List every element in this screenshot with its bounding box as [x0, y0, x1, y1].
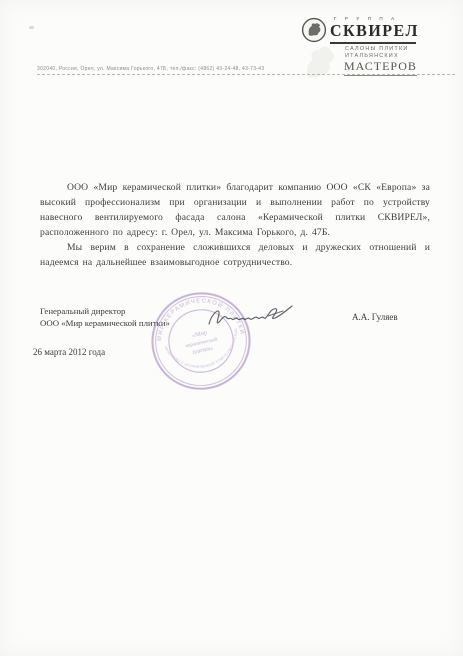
document-date: 26 марта 2012 года — [33, 347, 105, 357]
squirrel-emblem-icon — [301, 17, 327, 43]
letter-body: ООО «Мир керамической плитки» благодарит… — [40, 180, 430, 270]
company-address-line: 302040, Россия, Орел, ул. Максима Горько… — [37, 66, 297, 72]
scan-speck — [29, 26, 34, 29]
logo-group-label: ГРУППА — [334, 16, 403, 21]
scanned-letter-page: ГРУППА СКВИРЕЛ САЛОНЫ ПЛИТКИ ИТАЛЬЯНСКИХ… — [0, 0, 463, 656]
logo-brand-name: СКВИРЕЛ — [330, 23, 419, 42]
logo-tagline-1: САЛОНЫ ПЛИТКИ — [345, 46, 409, 52]
stamp-center-line-3: плитки» — [192, 346, 214, 356]
header-rule — [37, 74, 455, 75]
logo-brand-underline — [330, 42, 416, 44]
signer-name: А.А. Гуляев — [352, 312, 398, 322]
letter-paragraph-1: ООО «Мир керамической плитки» благодарит… — [40, 180, 430, 240]
handwritten-signature — [205, 301, 297, 335]
letter-paragraph-2: Мы верим в сохранение сложившихся деловы… — [40, 240, 430, 270]
